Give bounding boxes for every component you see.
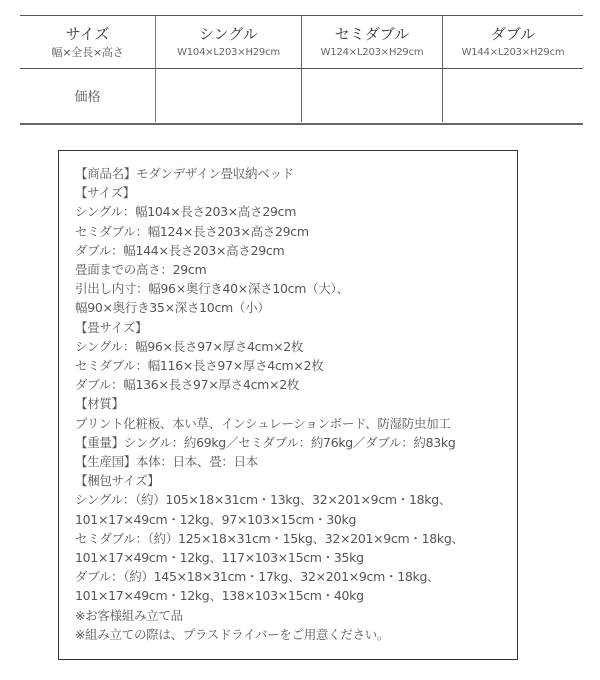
- spec-line: セミダブル：幅124×長さ203×高さ29cm: [75, 222, 464, 241]
- spec-line: 引出し内寸：幅96×奥行き40×深さ10cm（大）、: [75, 279, 464, 298]
- spec-line: プリント化粧板、本い草、インシュレーションボード、防湿防虫加工: [75, 414, 464, 433]
- spec-line: 【材質】: [75, 394, 464, 413]
- price-label-cell: 価格: [20, 69, 156, 122]
- price-double-cell: [443, 69, 583, 122]
- column-name: ダブル: [491, 25, 535, 44]
- spec-line: シングル：幅96×長さ97×厚さ4cm×2枚: [75, 337, 464, 356]
- spec-line: 【サイズ】: [75, 183, 464, 202]
- column-double: ダブル W144×L203×H29cm: [443, 16, 583, 68]
- column-semi-double: セミダブル W124×L203×H29cm: [302, 16, 443, 68]
- spec-line: 101×17×49cm・12kg、117×103×15cm・35kg: [75, 548, 464, 567]
- column-dims: W104×L203×H29cm: [177, 45, 280, 60]
- column-name: セミダブル: [335, 25, 409, 44]
- spec-line: 【畳サイズ】: [75, 318, 464, 337]
- spec-line: セミダブル：幅116×長さ97×厚さ4cm×2枚: [75, 356, 464, 375]
- spec-line: ダブル：幅136×長さ97×厚さ4cm×2枚: [75, 375, 464, 394]
- spec-line: 101×17×49cm・12kg、138×103×15cm・40kg: [75, 586, 464, 605]
- spec-line: ダブル：（約）145×18×31cm・17kg、32×201×9cm・18kg、: [75, 567, 464, 586]
- spec-line: セミダブル：（約）125×18×31cm・15kg、32×201×9cm・18k…: [75, 529, 464, 548]
- spec-lines: 【商品名】モダンデザイン畳収納ベッド 【サイズ】 シングル：幅104×長さ203…: [75, 164, 464, 644]
- size-label-cell: サイズ 幅×全長×高さ: [20, 16, 156, 68]
- spec-line: シングル：幅104×長さ203×高さ29cm: [75, 202, 464, 221]
- spec-line: 【商品名】モダンデザイン畳収納ベッド: [75, 164, 464, 183]
- spec-line: ※組み立ての際は、プラスドライバーをご用意ください。: [75, 625, 464, 644]
- column-dims: W124×L203×H29cm: [321, 45, 424, 60]
- price-label: 価格: [74, 86, 100, 105]
- product-spec-box: 【商品名】モダンデザイン畳収納ベッド 【サイズ】 シングル：幅104×長さ203…: [58, 150, 518, 660]
- column-single: シングル W104×L203×H29cm: [156, 16, 302, 68]
- table-header-row: サイズ 幅×全長×高さ シングル W104×L203×H29cm セミダブル W…: [20, 16, 583, 69]
- size-price-table: サイズ 幅×全長×高さ シングル W104×L203×H29cm セミダブル W…: [20, 15, 583, 125]
- spec-line: 【梱包サイズ】: [75, 471, 464, 490]
- column-name: シングル: [199, 25, 258, 44]
- spec-line: 畳面までの高さ：29cm: [75, 260, 464, 279]
- spec-line: 幅90×奥行き35×深さ10cm（小）: [75, 298, 464, 317]
- size-label-sub: 幅×全長×高さ: [51, 45, 123, 60]
- spec-line: ダブル：幅144×長さ203×高さ29cm: [75, 241, 464, 260]
- price-row: 価格: [20, 69, 583, 122]
- size-label-title: サイズ: [66, 25, 110, 44]
- spec-line: 【生産国】本体：日本、畳：日本: [75, 452, 464, 471]
- spec-line: 【重量】シングル：約69kg／セミダブル：約76kg／ダブル：約83kg: [75, 433, 464, 452]
- price-single-cell: [156, 69, 302, 122]
- spec-line: ※お客様組み立て品: [75, 606, 464, 625]
- spec-line: シングル：（約）105×18×31cm・13kg、32×201×9cm・18kg…: [75, 490, 464, 509]
- column-dims: W144×L203×H29cm: [462, 45, 565, 60]
- spec-line: 101×17×49cm・12kg、97×103×15cm・30kg: [75, 510, 464, 529]
- price-semi-double-cell: [302, 69, 443, 122]
